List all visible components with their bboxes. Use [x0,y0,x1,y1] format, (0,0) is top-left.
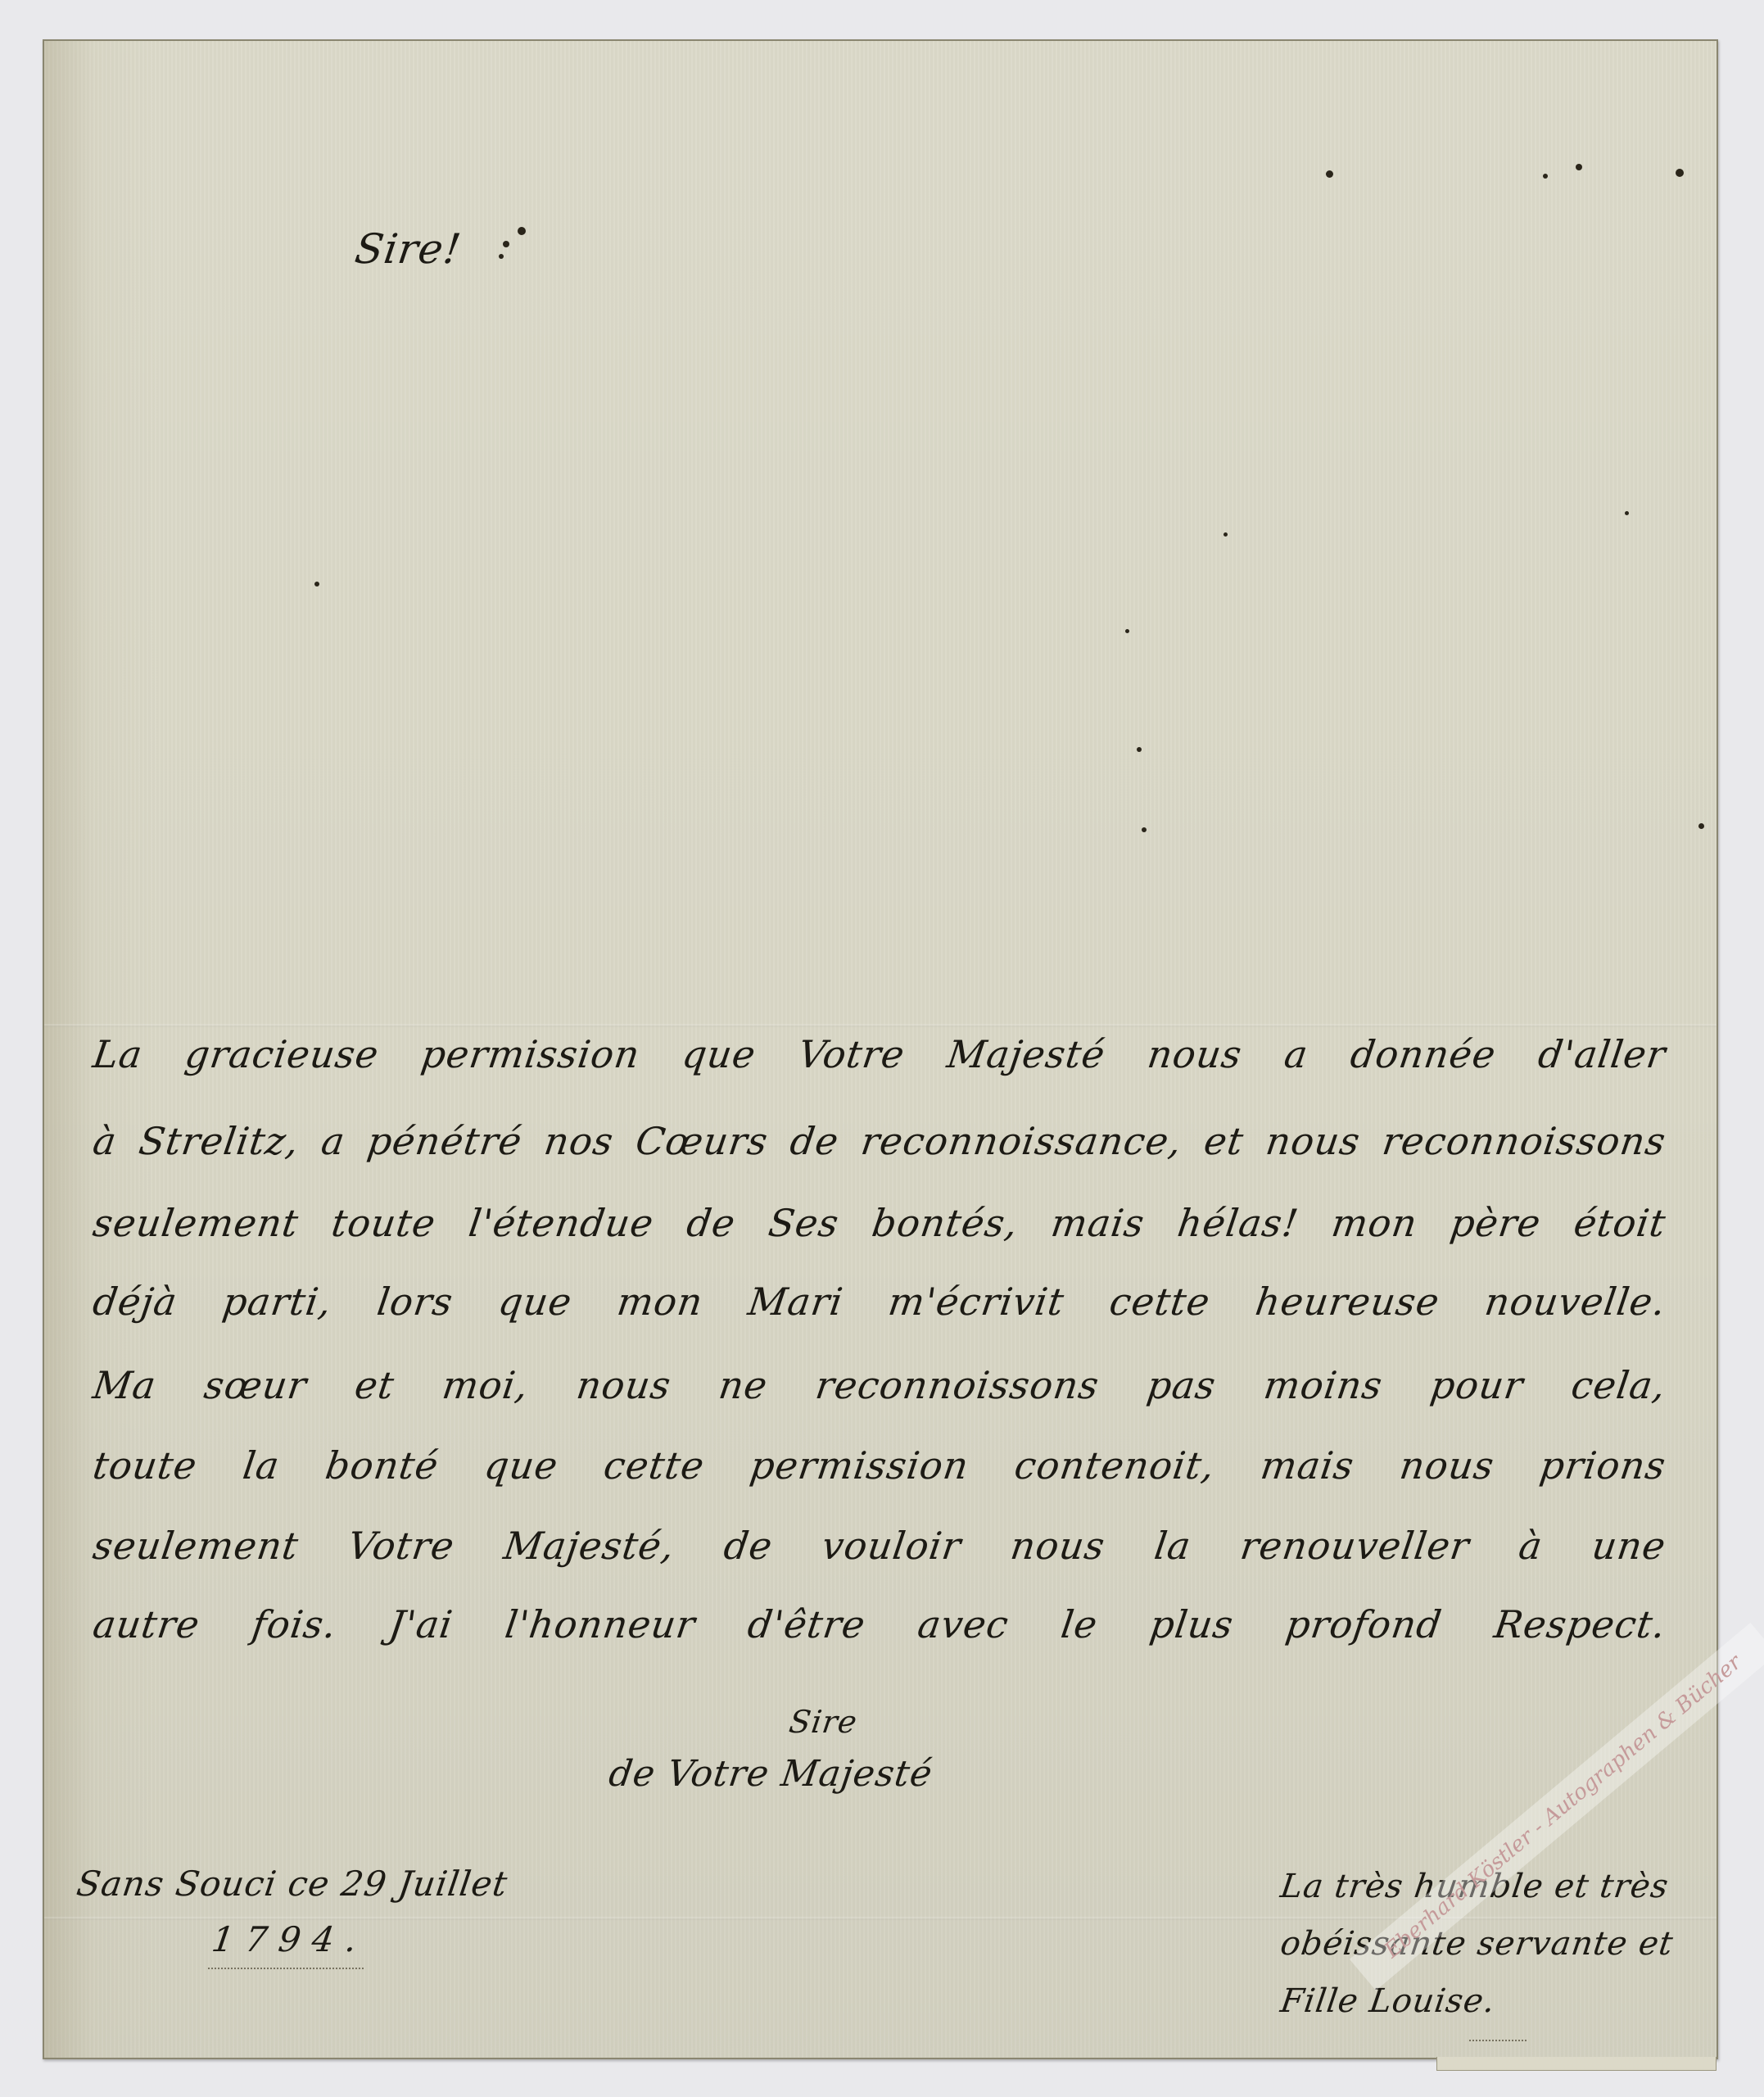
place-and-date: Sans Souci ce 29 Juillet [75,1864,511,1904]
ink-speck [1137,747,1142,752]
ink-speck [499,254,504,259]
salutation: Sire! [352,225,464,273]
signature-underline [1469,2040,1527,2041]
closing-majesty: de Votre Majesté [606,1753,935,1795]
signature-line: obéissante servante et [1278,1925,1676,1963]
letter-body-line: à Strelitz, a pénétré nos Cœurs de recon… [90,1119,1669,1163]
ink-speck [1676,169,1684,177]
ink-speck [1223,532,1228,537]
letter-body-line: toute la bonté que cette permission cont… [90,1443,1669,1488]
year-underline [208,1968,364,1969]
ink-speck [1142,827,1147,832]
ink-speck [518,227,526,235]
letter-body-line: Ma sœur et moi, nous ne reconnoissons pa… [90,1363,1669,1407]
ink-speck [1543,174,1548,179]
ink-speck [503,241,509,247]
ink-speck [1625,511,1629,515]
closing-address: Sire [787,1704,860,1740]
letter-body-line: déjà parti, lors que mon Mari m'écrivit … [90,1279,1669,1324]
letter-sheet: Sire! La gracieuse permission que Votre … [43,39,1718,2059]
letter-body-line: seulement Votre Majesté, de vouloir nous… [90,1524,1669,1568]
letter-body-line: La gracieuse permission que Votre Majest… [90,1032,1669,1076]
ink-speck [1576,164,1582,170]
ink-speck [1125,629,1129,633]
ink-speck [1326,170,1333,178]
signature-line: Fille Louise. [1278,1982,1498,2020]
paper-fold-line [44,1024,1717,1027]
letter-body-line: autre fois. J'ai l'honneur d'être avec l… [90,1602,1669,1646]
year: 1794. [210,1919,371,1959]
paper-flap [1436,2057,1717,2071]
ink-speck [314,582,319,587]
letter-body-line: seulement toute l'étendue de Ses bontés,… [90,1201,1669,1245]
ink-speck [1698,823,1704,829]
